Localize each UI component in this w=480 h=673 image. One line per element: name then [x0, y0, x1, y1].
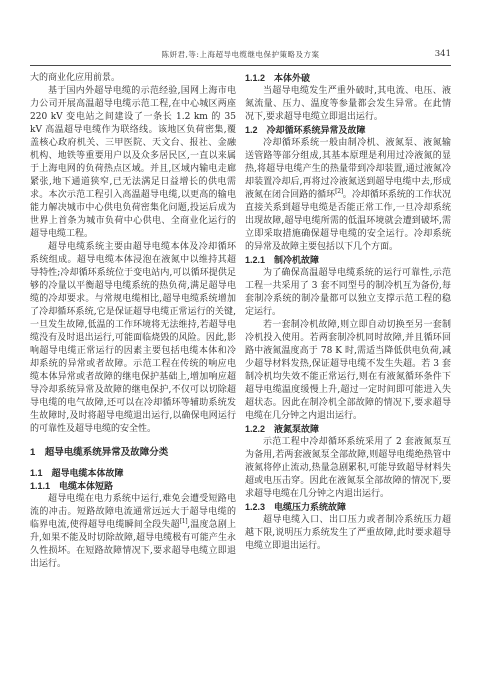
text-run: 超导电缆系统主要由超导电缆本体及冷却循环系统组成。超导电缆本体浸泡在液氮中以维持… [30, 242, 236, 434]
page-header: 陈妍君,等:上海超导电缆继电保护策略及方案 341 [30, 49, 451, 61]
text-run: 1.1 超导电缆本体故障 [30, 468, 124, 478]
paragraph: 超导电缆在电力系统中运行,难免会遭受短路电流的冲击。短路故障电流通常远远大于超导… [30, 493, 236, 571]
paragraph: 若一套制冷机故障,则立即自动切换至另一套制冷机投入使用。若两套制冷机同时故障,并… [245, 319, 451, 423]
two-column-body: 大的商业化应用前景。基于国内外超导电缆的示范经验,国网上海市电力公司开展高温超导… [30, 72, 451, 571]
document-page: 陈妍君,等:上海超导电缆继电保护策略及方案 341 大的商业化应用前景。基于国内… [0, 0, 480, 673]
paragraph: 超导电缆入口、出口压力或者制冷系统压力超越下限,说明压力系统发生了严重故障,此时… [245, 514, 451, 553]
paragraph: 示范工程中冷却循环系统采用了 2 套液氮泵互为备用,若两套液氮泵全部故障,则超导… [245, 436, 451, 501]
text-run: 1.2.1 制冷机故障 [245, 255, 319, 265]
section-heading: 1.1.1 电缆本体短路 [30, 480, 236, 493]
text-run: 1.2.3 电缆压力系统故障 [245, 502, 346, 512]
text-run: 1.2.2 液氮泵故障 [245, 424, 319, 434]
citation-ref: [2] [335, 188, 343, 195]
text-run: 1 超导电缆系统异常及故障分类 [30, 447, 168, 458]
paragraph: 为了确保高温超导电缆系统的运行可靠性,示范工程一共采用了 3 套不同型号的制冷机… [245, 267, 451, 319]
header-rule [30, 65, 451, 66]
paragraph: 基于国内外超导电缆的示范经验,国网上海市电力公司开展高温超导电缆示范工程,在中心… [30, 85, 236, 241]
section-heading: 1 超导电缆系统异常及故障分类 [30, 446, 236, 459]
text-run: 超导电缆入口、出口压力或者制冷系统压力超越下限,说明压力系统发生了严重故障,此时… [245, 515, 451, 551]
text-run: 基于国内外超导电缆的示范经验,国网上海市电力公司开展高温超导电缆示范工程,在中心… [30, 86, 236, 239]
section-heading: 1.2.3 电缆压力系统故障 [245, 501, 451, 514]
text-run: 大的商业化应用前景。 [30, 73, 120, 83]
left-column: 大的商业化应用前景。基于国内外超导电缆的示范经验,国网上海市电力公司开展高温超导… [30, 72, 236, 571]
text-run: 当超导电缆发生严重外破时,其电流、电压、液氮流量、压力、温度等参量都会发生异常。… [245, 86, 451, 122]
text-run: 示范工程中冷却循环系统采用了 2 套液氮泵互为备用,若两套液氮泵全部故障,则超导… [245, 437, 451, 499]
paragraph: 大的商业化应用前景。 [30, 72, 236, 85]
running-title: 陈妍君,等:上海超导电缆继电保护策略及方案 [30, 49, 451, 61]
text-run: 1.2 冷却循环系统异常及故障 [245, 125, 366, 135]
text-run: 为了确保高温超导电缆系统的运行可靠性,示范工程一共采用了 3 套不同型号的制冷机… [245, 268, 451, 317]
paragraph: 超导电缆系统主要由超导电缆本体及冷却循环系统组成。超导电缆本体浸泡在液氮中以维持… [30, 241, 236, 436]
paragraph: 冷却循环系统一般由制冷机、液氮泵、液氮输送管路等部分组成,其基本原理是利用过冷液… [245, 137, 451, 254]
text-run: 1.1.2 本体外破 [245, 73, 310, 83]
text-run: 若一套制冷机故障,则立即自动切换至另一套制冷机投入使用。若两套制冷机同时故障,并… [245, 320, 451, 421]
section-heading: 1.2.2 液氮泵故障 [245, 423, 451, 436]
section-heading: 1.1.2 本体外破 [245, 72, 451, 85]
text-run: 1.1.1 电缆本体短路 [30, 481, 113, 491]
section-heading: 1.2.1 制冷机故障 [245, 254, 451, 267]
right-column: 1.1.2 本体外破当超导电缆发生严重外破时,其电流、电压、液氮流量、压力、温度… [245, 72, 451, 553]
section-heading: 1.2 冷却循环系统异常及故障 [245, 124, 451, 137]
section-heading: 1.1 超导电缆本体故障 [30, 467, 236, 480]
paragraph: 当超导电缆发生严重外破时,其电流、电压、液氮流量、压力、温度等参量都会发生异常。… [245, 85, 451, 124]
page-number: 341 [435, 48, 451, 60]
